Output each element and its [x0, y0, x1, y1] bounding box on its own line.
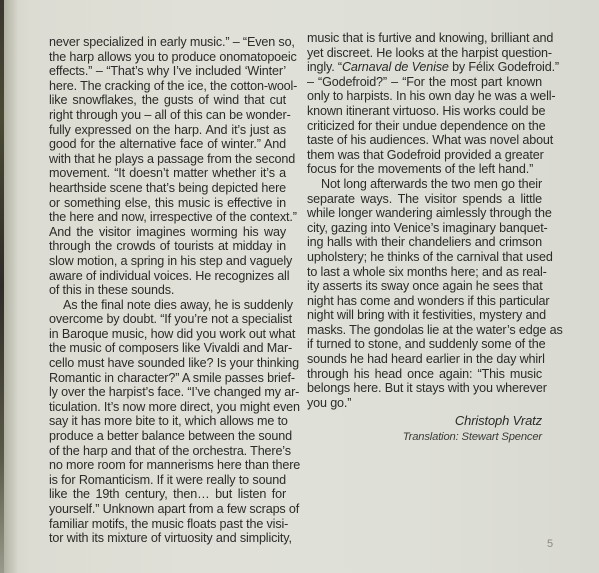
text-line: slow motion, a spring in his step and va…: [49, 254, 286, 269]
text-line: never specialized in early music.” – “Ev…: [49, 35, 286, 50]
text-line: through the crowds of tourists at midday…: [49, 239, 286, 254]
paragraph-start-line: As the final note dies away, he is sudde…: [49, 298, 286, 313]
text-line: And the visitor imagines worming his way: [49, 225, 286, 240]
text-line: city, gazing into Venice’s imaginary ban…: [307, 221, 542, 236]
translation-credit: Translation: Stewart Spencer: [307, 430, 542, 445]
text-line: tor with its mixture of virtuosity and s…: [49, 531, 286, 546]
text-line: night will bring with it festivities, my…: [307, 308, 542, 323]
text-line: them was that Godefroid provided a great…: [307, 148, 542, 163]
page-number: 5: [547, 538, 553, 550]
text-line: overcome by doubt. “If you’re not a spec…: [49, 312, 286, 327]
text-line: if turned to stone, and suddenly some of…: [307, 337, 542, 352]
text-line: right through you – all of this can be w…: [49, 108, 286, 123]
text-line: ly over the harpist’s face. “I’ve change…: [49, 385, 286, 400]
text-line: yourself.” Unknown apart from a few scra…: [49, 502, 286, 517]
text-line: through his head once again: “This music: [307, 367, 542, 382]
text-line: taste of his audiences. What was novel a…: [307, 133, 542, 148]
text-line: is for Romanticism. If it were really to…: [49, 473, 286, 488]
text-line: with that he plays a passage from the se…: [49, 152, 286, 167]
text-line: yet discreet. He looks at the harpist qu…: [307, 46, 542, 61]
paragraph-start-line: Not long afterwards the two men go their: [307, 177, 542, 192]
text-line: of this in these sounds.: [49, 283, 286, 298]
text-line: like snowflakes, the gusts of wind that …: [49, 93, 286, 108]
text-line: in Baroque music, how did you work out w…: [49, 327, 286, 342]
text-line: no more room for mannerisms here than th…: [49, 458, 286, 473]
text-line: ticulation. It’s now more direct, you mi…: [49, 400, 286, 415]
text-line: Romantic in character?” A smile passes b…: [49, 371, 286, 386]
text-line: here. The cracking of the ice, the cotto…: [49, 79, 286, 94]
text-fragment: by Félix Godefroid.”: [449, 60, 559, 74]
left-text-column: never specialized in early music.” – “Ev…: [49, 35, 286, 546]
work-title: Carnaval de Venise: [342, 60, 449, 74]
text-line: hearthside scene that’s being depicted h…: [49, 181, 286, 196]
text-line: music that is furtive and knowing, brill…: [307, 31, 542, 46]
text-line: cello must have sounded like? Is your th…: [49, 356, 286, 371]
text-line: the music of composers like Vivaldi and …: [49, 341, 286, 356]
author-signature: Christoph Vratz: [307, 414, 542, 429]
text-line: masks. The gondolas lie at the water’s e…: [307, 323, 542, 338]
text-line: aware of individual voices. He recognize…: [49, 269, 286, 284]
text-line: focus for the movements of the left hand…: [307, 162, 542, 177]
text-line: upholstery; he thinks of the carnival th…: [307, 250, 542, 265]
text-line: like the 19th century, then… but listen …: [49, 487, 286, 502]
text-line-with-title: ingly. “Carnaval de Venise by Félix Gode…: [307, 60, 542, 75]
text-line: of the harp and that of the orchestra. T…: [49, 444, 286, 459]
text-line: known itinerant virtuoso. His works coul…: [307, 104, 542, 119]
text-line: the harp allows you to produce onomatopo…: [49, 50, 286, 65]
text-line: – “Godefroid?” – “For the most part know…: [307, 75, 542, 90]
text-line: good for the alternative face of winter.…: [49, 137, 286, 152]
text-line: belongs here. But it stays with you wher…: [307, 381, 542, 396]
text-line: effects.” – “That’s why I’ve included ‘W…: [49, 64, 286, 79]
text-line: separate ways. The visitor spends a litt…: [307, 192, 542, 207]
text-line: while longer wandering aimlessly through…: [307, 206, 542, 221]
text-line: movement. “It doesn’t matter whether it’…: [49, 166, 286, 181]
text-line: criticized for their undue dependence on…: [307, 119, 542, 134]
text-line: familiar motifs, the music floats past t…: [49, 517, 286, 532]
text-line: ing halls with their chandeliers and cri…: [307, 235, 542, 250]
binding-shadow: [4, 0, 18, 573]
booklet-page: never specialized in early music.” – “Ev…: [0, 0, 599, 573]
text-line: the here and now, irrespective of the co…: [49, 210, 286, 225]
text-line: ity asserts its sway once again he sees …: [307, 279, 542, 294]
text-line: night has come and wonders if this parti…: [307, 294, 542, 309]
text-line: sounds he had heard earlier in the day w…: [307, 352, 542, 367]
text-line: you go.”: [307, 396, 542, 411]
text-line: fully expressed on the harp. And it’s ju…: [49, 123, 286, 138]
text-line: only to harpists. In his own day he was …: [307, 89, 542, 104]
text-fragment: ingly. “: [307, 60, 342, 74]
text-line: say it has more bite to it, which allows…: [49, 414, 286, 429]
text-line: to last a whole six months here; and as …: [307, 265, 542, 280]
text-line: produce a better balance between the sou…: [49, 429, 286, 444]
text-line: or something else, this music is effecti…: [49, 196, 286, 211]
right-text-column: music that is furtive and knowing, brill…: [307, 31, 542, 445]
